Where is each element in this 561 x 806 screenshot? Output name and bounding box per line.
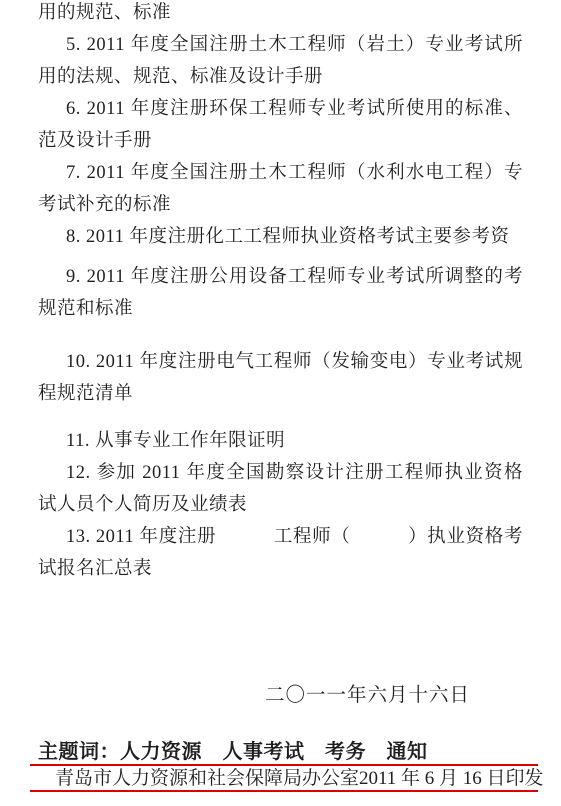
document-line: 10. 2011 年度注册电气工程师（发输变电）专业考试规: [38, 346, 523, 378]
document-line: 试报名汇总表: [38, 553, 523, 585]
footer-issuer-line: 青岛市人力资源和社会保障局办公室 2011 年 6 月 16 日印发: [55, 767, 530, 790]
document-line: 范及设计手册: [38, 125, 523, 157]
document-line: 考试补充的标准: [38, 189, 523, 221]
red-separator-bottom: [30, 790, 538, 792]
document-line: 6. 2011 年度注册环保工程师专业考试所使用的标准、规: [38, 93, 523, 125]
document-line: 规范和标准: [38, 293, 523, 325]
footer-issuer: 青岛市人力资源和社会保障局办公室: [55, 767, 359, 790]
footer-print-date: 2011 年 6 月 16 日印发: [359, 767, 544, 790]
document-line: 程规范清单: [38, 378, 523, 410]
document-line: 用的法规、规范、标准及设计手册: [38, 61, 523, 93]
red-separator-top: [30, 764, 538, 766]
document-line: 5. 2011 年度全国注册土木工程师（岩土）专业考试所使: [38, 29, 523, 61]
document-line: 11. 从事专业工作年限证明: [38, 425, 523, 457]
issue-date: 二〇一一年六月十六日: [265, 683, 470, 709]
document-line: 8. 2011 年度注册化工工程师执业资格考试主要参考资料: [38, 221, 523, 253]
document-line: 用的规范、标准: [38, 0, 523, 29]
document-body: 用的规范、标准 5. 2011 年度全国注册土木工程师（岩土）专业考试所使 用的…: [38, 0, 523, 585]
subject-keywords: 主题词：人力资源 人事考试 考务 通知: [38, 740, 428, 764]
document-line: 9. 2011 年度注册公用设备工程师专业考试所调整的考试: [38, 261, 523, 293]
document-line: 12. 参加 2011 年度全国勘察设计注册工程师执业资格考: [38, 457, 523, 489]
document-line: 7. 2011 年度全国注册土木工程师（水利水电工程）专业: [38, 157, 523, 189]
document-page: 用的规范、标准 5. 2011 年度全国注册土木工程师（岩土）专业考试所使 用的…: [0, 0, 561, 806]
document-line: 试人员个人简历及业绩表: [38, 489, 523, 521]
document-line: 13. 2011 年度注册 工程师（ ）执业资格考: [38, 521, 523, 553]
